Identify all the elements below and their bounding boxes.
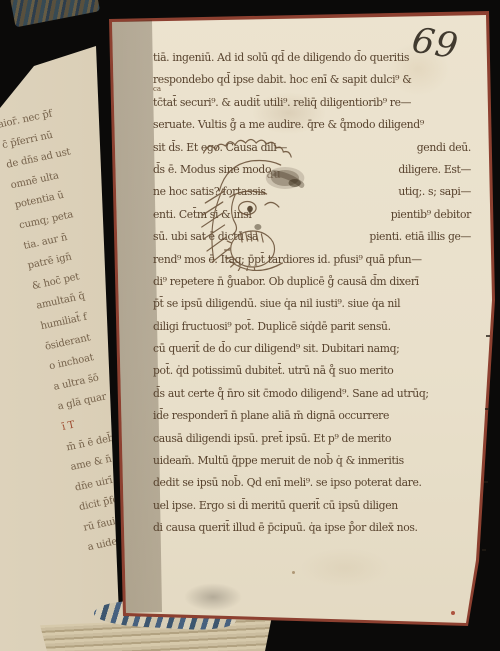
folio-number: 69 [409,21,461,68]
edge-mark [486,335,490,337]
text-line: cū querit̄ de d̄o cur diligend⁹ sit. Dub… [153,338,471,360]
text-line: pot̄. q̇d potissimū dubitet̄. utrū nā q̊… [153,360,471,382]
text-line: causā diligendi ipsū. pret̄ ipsū. Et p⁹ … [153,428,471,450]
text-line-right: pientib⁹ debitor [391,204,471,226]
edge-mark [485,408,489,410]
hair-scroll-line [204,140,292,158]
text-line: p̄t̄ se ipsū diligendū. siue q̇a nil ius… [153,293,471,315]
smudged-letters: au [267,166,281,181]
head-back-hatching [202,191,230,262]
nose-line [232,195,237,234]
interlinear-gloss: ca [153,85,161,93]
text-block: tiā. ingeniū. Ad id solū qd̄ de diligend… [153,47,471,540]
text-line: respondebo qd̄ ipse dabit. hoc enī & sap… [153,69,471,91]
face-doodle-drawing: au [200,131,314,271]
text-line: dedit se ipsū nob̄. Qd enī meli⁹. se ips… [153,472,471,494]
brow-line [230,191,267,197]
text-line: id̄e responderī n̄ plane aliā m̄ dignā o… [153,405,471,427]
second-eye-arc [265,202,279,207]
text-line-right: gendi deū. [417,137,471,159]
text-line: diligi fructuosi⁹ pot̄. Duplicē siq̇dē p… [153,316,471,338]
beard-circle [231,231,275,267]
edge-mark [484,481,488,483]
text-line: uel ipse. Ergo si d̄i meritū querit̄ cū … [153,495,471,517]
manuscript-photo: aior̄. nec p̄f c̄ p̄ferri nū de dn̄s ad … [0,0,500,651]
head-back-curve [212,189,223,261]
text-line: d̄s aut certe q̊ n̄ro sit c̄modo diligen… [153,383,471,405]
text-line-right: utiq;. s; sapi— [398,181,471,203]
ink-dot [254,224,261,230]
headband-spine [10,0,100,27]
text-line: di causa querit̄ illud ē p̄cipuū. q̇a ip… [153,517,471,539]
text-line: uideam̄. Multū q̄ppe meruit de nob̄ q̇ &… [153,450,471,472]
text-line-right: pienti. etiā illis ge— [369,226,471,248]
text-line-right: diligere. Est— [398,159,471,181]
text-line: tc̄tat̄ securi⁹. & audit̄ utili⁹. reliq̄… [153,92,471,114]
edge-mark [482,549,486,551]
text-line: di⁹ repetere n̄ g̊uabor. Ob duplicē g̊ c… [153,271,471,293]
eye-pupil [247,206,253,212]
